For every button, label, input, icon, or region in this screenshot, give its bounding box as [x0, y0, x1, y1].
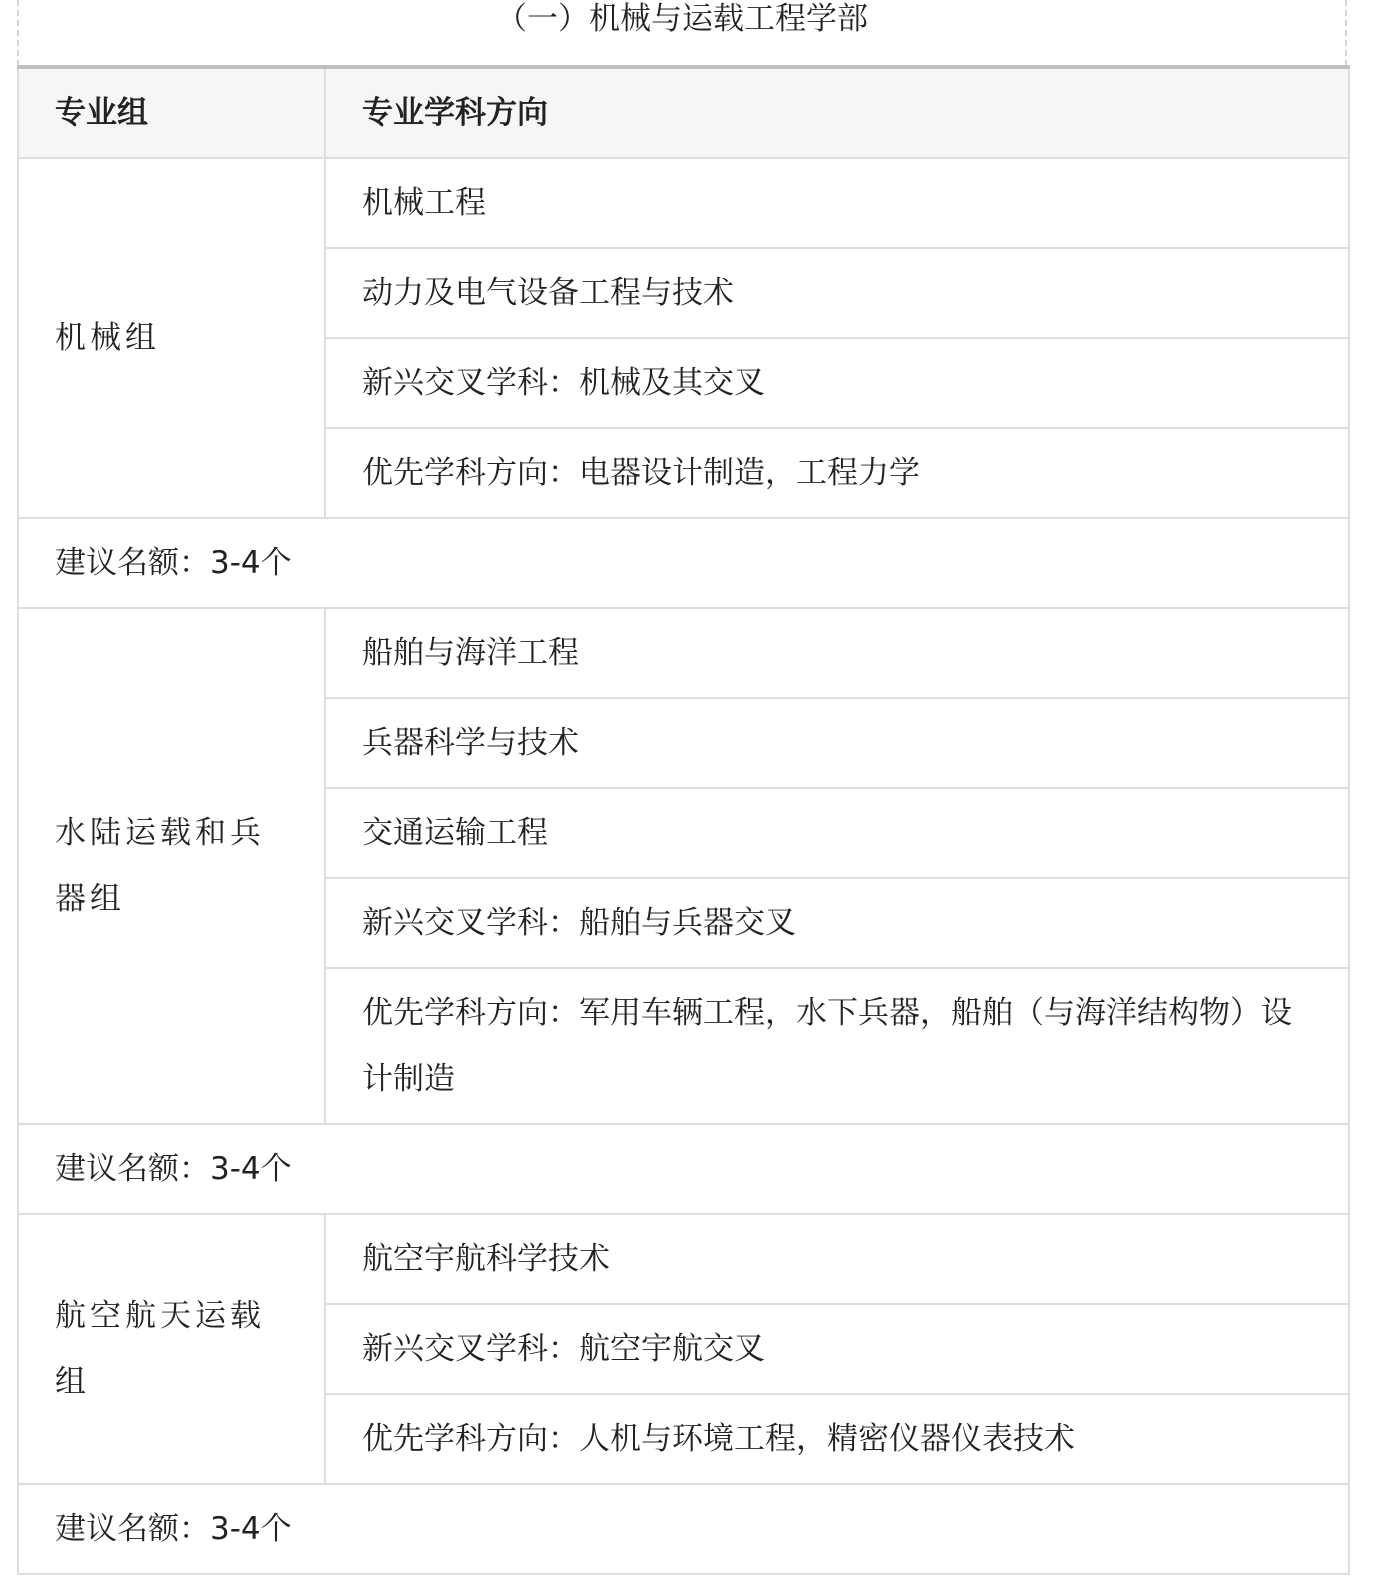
direction-cell: 机械工程	[325, 158, 1349, 248]
quota-row: 建议名额：3-4个	[18, 518, 1349, 608]
header-direction: 专业学科方向	[325, 67, 1349, 158]
direction-cell: 交通运输工程	[325, 788, 1349, 878]
discipline-table: 专业组 专业学科方向 机械组 机械工程 动力及电气设备工程与技术 新兴交叉学科：…	[17, 65, 1350, 1575]
direction-cell: 优先学科方向：军用车辆工程，水下兵器，船舶（与海洋结构物）设计制造	[325, 968, 1349, 1124]
table-row: 水陆运载和兵器组 船舶与海洋工程	[18, 608, 1349, 698]
direction-cell: 动力及电气设备工程与技术	[325, 248, 1349, 338]
header-group: 专业组	[18, 67, 325, 158]
table-row: 航空航天运载组 航空宇航科学技术	[18, 1214, 1349, 1304]
quota-row: 建议名额：3-4个	[18, 1124, 1349, 1214]
direction-cell: 优先学科方向：人机与环境工程，精密仪器仪表技术	[325, 1394, 1349, 1484]
direction-cell: 新兴交叉学科：船舶与兵器交叉	[325, 878, 1349, 968]
section-frame: （一）机械与运载工程学部	[17, 0, 1347, 66]
group-name: 水陆运载和兵器组	[18, 608, 325, 1124]
direction-cell: 航空宇航科学技术	[325, 1214, 1349, 1304]
direction-cell: 新兴交叉学科：航空宇航交叉	[325, 1304, 1349, 1394]
direction-cell: 船舶与海洋工程	[325, 608, 1349, 698]
direction-cell: 兵器科学与技术	[325, 698, 1349, 788]
quota-cell: 建议名额：3-4个	[18, 1484, 1349, 1574]
quota-cell: 建议名额：3-4个	[18, 1124, 1349, 1214]
quota-cell: 建议名额：3-4个	[18, 518, 1349, 608]
quota-row: 建议名额：3-4个	[18, 1484, 1349, 1574]
group-name: 机械组	[18, 158, 325, 518]
section-title: （一）机械与运载工程学部	[19, 0, 1345, 38]
group-name: 航空航天运载组	[18, 1214, 325, 1484]
table-header-row: 专业组 专业学科方向	[18, 67, 1349, 158]
direction-cell: 新兴交叉学科：机械及其交叉	[325, 338, 1349, 428]
direction-cell: 优先学科方向：电器设计制造，工程力学	[325, 428, 1349, 518]
table-row: 机械组 机械工程	[18, 158, 1349, 248]
